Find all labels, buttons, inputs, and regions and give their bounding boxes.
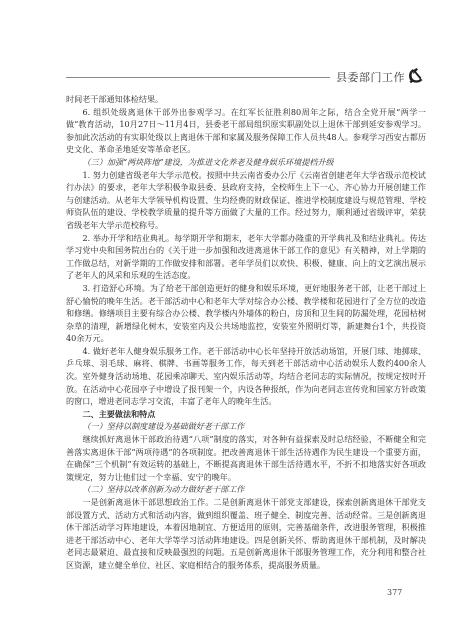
hammer-sickle-icon: [406, 66, 426, 86]
paragraph-item-3: 3. 打造舒心环境。为了给老干部创造更好的健身和娱乐环境，更好地服务老干部，让老…: [66, 282, 426, 345]
subheading-3: （三）加强“两块阵地”建设，为推进文化养老及健身娱乐环境提档升级: [66, 156, 426, 169]
paragraph-item-6: 6. 组织处级离退休干部外出参观学习。在红军长征胜利80周年之际，结合全党开展“…: [66, 106, 426, 156]
paragraph-continuation: 时间老干部通知体检结果。: [66, 93, 426, 106]
running-header: 县委部门工作: [66, 66, 428, 86]
subheading-2-2: （二）坚持以改革创新为动力做好老干部工作: [66, 483, 426, 496]
paragraph-item-1: 1. 努力创建省级老年大学示范校。按照中共云南省委办公厅《云南省创建老年大学省级…: [66, 169, 426, 232]
section-title: 县委部门工作: [336, 69, 405, 85]
page-number: 377: [387, 588, 402, 597]
header-rule: [66, 77, 330, 78]
paragraph-item-2: 2. 举办开学和结业典礼。每学期开学和期末，老年大学都办隆重的开学典礼及和结业典…: [66, 232, 426, 282]
document-body: 时间老干部通知体检结果。 6. 组织处级离退休干部外出参观学习。在红军长征胜利8…: [66, 93, 426, 572]
subheading-2-1: （一）坚持以制度建设为基础做好老干部工作: [66, 420, 426, 433]
section-heading-2: 二、主要做法和特点: [66, 408, 426, 421]
paragraph-reform-innovation: 一是创新离退休干部思想政治工作。二是创新离退休干部党支部建设，探索创新离退休干部…: [66, 496, 426, 572]
paragraph-system-building: 继续抓好离退休干部政治待遇“八项”制度的落实，对各种有益探索及时总结经验，不断健…: [66, 433, 426, 483]
paragraph-item-4: 4. 做好老年人健身娱乐服务工作。老干部活动中心长年坚持开放活动场馆，开展门球、…: [66, 345, 426, 408]
